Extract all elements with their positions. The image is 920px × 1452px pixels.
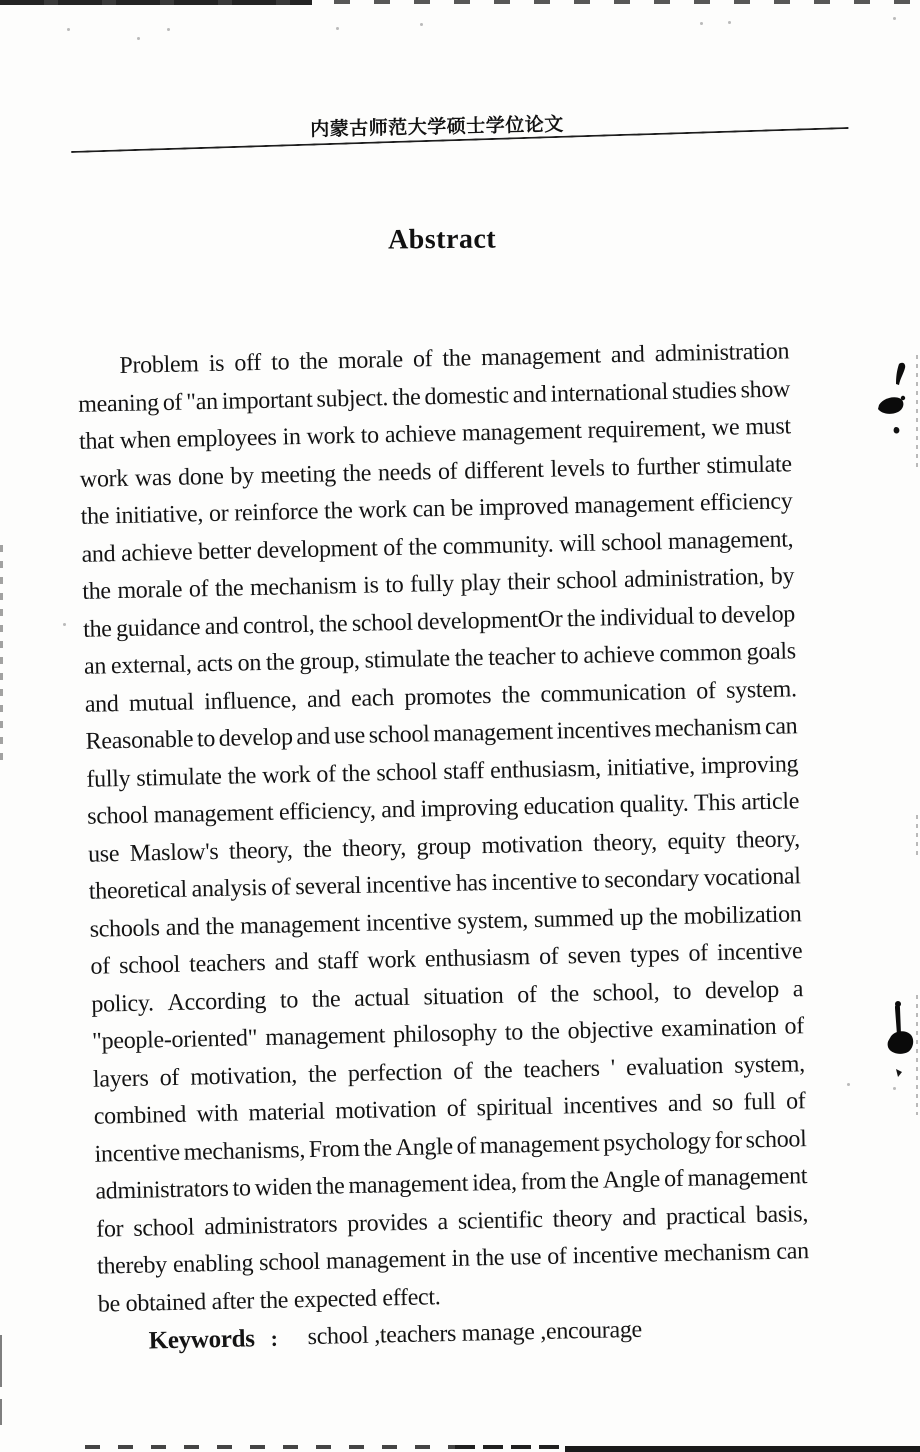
thesis-page: 内蒙古师范大学硕士学位论文 Abstract Problemisofftothe… (0, 0, 920, 1452)
speck (336, 27, 339, 30)
scan-artifact-right-edge (916, 995, 918, 1115)
speck (728, 21, 731, 24)
speck (893, 17, 896, 20)
speck (420, 23, 423, 26)
keywords-colon: : (270, 1325, 278, 1351)
scan-artifact-bottom-bar (565, 1446, 920, 1452)
scan-artifact-bottom-dashes (85, 1445, 455, 1449)
ink-blot-upper (872, 358, 914, 446)
abstract-title: Abstract (388, 224, 496, 257)
keywords-value: school ,teachers manage ,encourage (307, 1317, 642, 1351)
speck (700, 22, 703, 25)
speck (893, 1087, 896, 1090)
speck (137, 37, 140, 40)
abstract-paragraph: Problemisofftothemoraleofthemanagementan… (77, 333, 810, 1323)
scan-artifact-right-edge (916, 815, 918, 855)
speck (67, 28, 70, 31)
scan-artifact-right-edge (916, 355, 918, 470)
scan-artifact-left-edge (0, 545, 3, 760)
speck (847, 1083, 850, 1086)
abstract-body: Problemisofftothemoraleofthemanagementan… (77, 333, 811, 1361)
ink-blot-lower (884, 998, 920, 1088)
speck (167, 28, 170, 31)
scan-artifact-top-dashes (334, 0, 920, 4)
scan-artifact-bottom-dashes-dense (455, 1445, 567, 1449)
scan-artifact-top-bar (0, 0, 312, 5)
speck (63, 623, 66, 626)
keywords-label: Keywords (148, 1325, 255, 1355)
scan-artifact-left-edge-lower (0, 1335, 2, 1425)
